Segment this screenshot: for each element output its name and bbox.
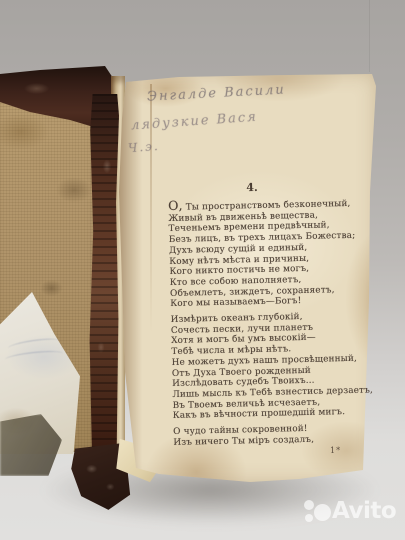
- backdrop-seam: [369, 0, 370, 72]
- avito-watermark: Avito: [300, 493, 405, 533]
- book-photo: Энгалде Васили лядузкие Вася Ч.э. 4. О, …: [0, 0, 405, 540]
- poem-text: О, Ты пространствомъ безконечный,Живый в…: [168, 197, 370, 454]
- poem-stanza-2: Измѣрить океанъ глубокій,Сочесть пески, …: [171, 311, 369, 422]
- poem-stanza-1: О, Ты пространствомъ безконечный,Живый в…: [168, 197, 366, 310]
- avito-logo-circle-icon: [304, 500, 314, 510]
- handwritten-inscription-line-3: Ч.э.: [128, 139, 161, 155]
- avito-logo-circle-icon: [305, 514, 313, 522]
- spine-leather: [89, 94, 119, 456]
- poem-stanza-3: О чудо тайны сокровенной!Изъ ничего Ты м…: [173, 423, 369, 449]
- avito-logo-circle-icon: [314, 504, 331, 521]
- printer-signature-mark: 1*: [330, 446, 341, 455]
- avito-watermark-label: Avito: [332, 498, 396, 524]
